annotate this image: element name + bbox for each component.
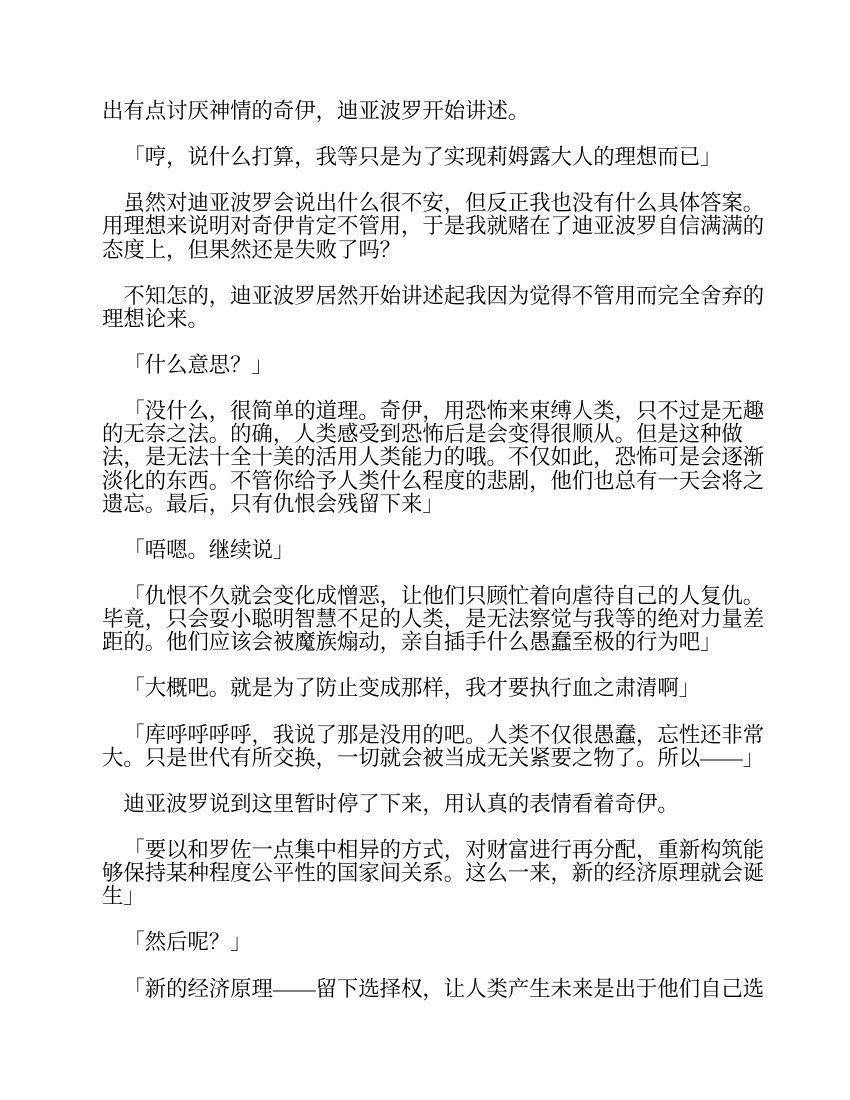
text-line: 「库呼呼呼呼，我说了那是没用的吧。人类不仅很愚蠢，忘性还非常 — [102, 724, 745, 747]
text-line: 大。只是世代有所交换，一切就会被当成无关紧要之物了。所以——」 — [102, 747, 745, 770]
text-line: 迪亚波罗说到这里暂时停了下来，用认真的表情看着奇伊。 — [102, 793, 745, 816]
paragraph-dialogue-guy-2: 「唔嗯。继续说」 — [102, 539, 745, 562]
text-line: 法，是无法十全十美的活用人类能力的哦。不仅如此，恐怖可是会逐渐 — [102, 446, 745, 469]
text-line: 虽然对迪亚波罗会说出什么很不安，但反正我也没有什么具体答案。 — [102, 192, 745, 215]
text-line: 理想论来。 — [102, 308, 745, 331]
paragraph-narration-worry: 虽然对迪亚波罗会说出什么很不安，但反正我也没有什么具体答案。 用理想来说明对奇伊… — [102, 192, 745, 261]
text-line: 距的。他们应该会被魔族煽动，亲自插手什么愚蠢至极的行为吧」 — [102, 631, 745, 654]
text-line: 用理想来说明对奇伊肯定不管用，于是我就赌在了迪亚波罗自信满满的 — [102, 215, 745, 238]
paragraph-dialogue-diablo-5: 「要以和罗佐一点集中相异的方式，对财富进行再分配，重新构筑能 够保持某种程度公平… — [102, 839, 745, 908]
paragraph-dialogue-guy-1: 「什么意思？」 — [102, 354, 745, 377]
text-line: 态度上，但果然还是失败了吗？ — [102, 239, 745, 262]
paragraph-narration-pause: 迪亚波罗说到这里暂时停了下来，用认真的表情看着奇伊。 — [102, 793, 745, 816]
text-line: 出有点讨厌神情的奇伊，迪亚波罗开始讲述。 — [102, 100, 745, 123]
paragraph-dialogue-diablo-6: 「新的经济原理——留下选择权，让人类产生未来是出于他们自己选 — [102, 978, 745, 1001]
document-page: 出有点讨厌神情的奇伊，迪亚波罗开始讲述。 「哼，说什么打算，我等只是为了实现莉姆… — [102, 100, 745, 1024]
paragraph-dialogue-guy-4: 「然后呢？」 — [102, 931, 745, 954]
paragraph-narration-intro: 出有点讨厌神情的奇伊，迪亚波罗开始讲述。 — [102, 100, 745, 123]
paragraph-dialogue-diablo-1: 「哼，说什么打算，我等只是为了实现莉姆露大人的理想而已」 — [102, 146, 745, 169]
text-line: 「唔嗯。继续说」 — [102, 539, 745, 562]
text-line: 「什么意思？」 — [102, 354, 745, 377]
text-line: 毕竟，只会耍小聪明智慧不足的人类，是无法察觉与我等的绝对力量差 — [102, 608, 745, 631]
text-line: 「要以和罗佐一点集中相异的方式，对财富进行再分配，重新构筑能 — [102, 839, 745, 862]
paragraph-dialogue-diablo-3: 「仇恨不久就会变化成憎恶，让他们只顾忙着向虐待自己的人复仇。 毕竟，只会耍小聪明… — [102, 585, 745, 654]
text-line: 的无奈之法。的确，人类感受到恐怖后是会变得很顺从。但是这种做 — [102, 423, 745, 446]
text-line: 「哼，说什么打算，我等只是为了实现莉姆露大人的理想而已」 — [102, 146, 745, 169]
text-line: 「大概吧。就是为了防止变成那样，我才要执行血之肃清啊」 — [102, 677, 745, 700]
text-line: 够保持某种程度公平性的国家间关系。这么一来，新的经济原理就会诞 — [102, 862, 745, 885]
text-line: 生」 — [102, 885, 745, 908]
text-line: 淡化的东西。不管你给予人类什么程度的悲剧，他们也总有一天会将之 — [102, 470, 745, 493]
text-line: 遗忘。最后，只有仇恨会残留下来」 — [102, 493, 745, 516]
text-line: 「没什么，很简单的道理。奇伊，用恐怖来束缚人类，只不过是无趣 — [102, 400, 745, 423]
paragraph-narration-idealism: 不知怎的，迪亚波罗居然开始讲述起我因为觉得不管用而完全舍弃的 理想论来。 — [102, 285, 745, 331]
text-line: 「新的经济原理——留下选择权，让人类产生未来是出于他们自己选 — [102, 978, 745, 1001]
text-line: 不知怎的，迪亚波罗居然开始讲述起我因为觉得不管用而完全舍弃的 — [102, 285, 745, 308]
paragraph-dialogue-diablo-4: 「库呼呼呼呼，我说了那是没用的吧。人类不仅很愚蠢，忘性还非常 大。只是世代有所交… — [102, 724, 745, 770]
text-line: 「然后呢？」 — [102, 931, 745, 954]
paragraph-dialogue-diablo-2: 「没什么，很简单的道理。奇伊，用恐怖来束缚人类，只不过是无趣 的无奈之法。的确，… — [102, 400, 745, 515]
text-line: 「仇恨不久就会变化成憎恶，让他们只顾忙着向虐待自己的人复仇。 — [102, 585, 745, 608]
paragraph-dialogue-guy-3: 「大概吧。就是为了防止变成那样，我才要执行血之肃清啊」 — [102, 677, 745, 700]
